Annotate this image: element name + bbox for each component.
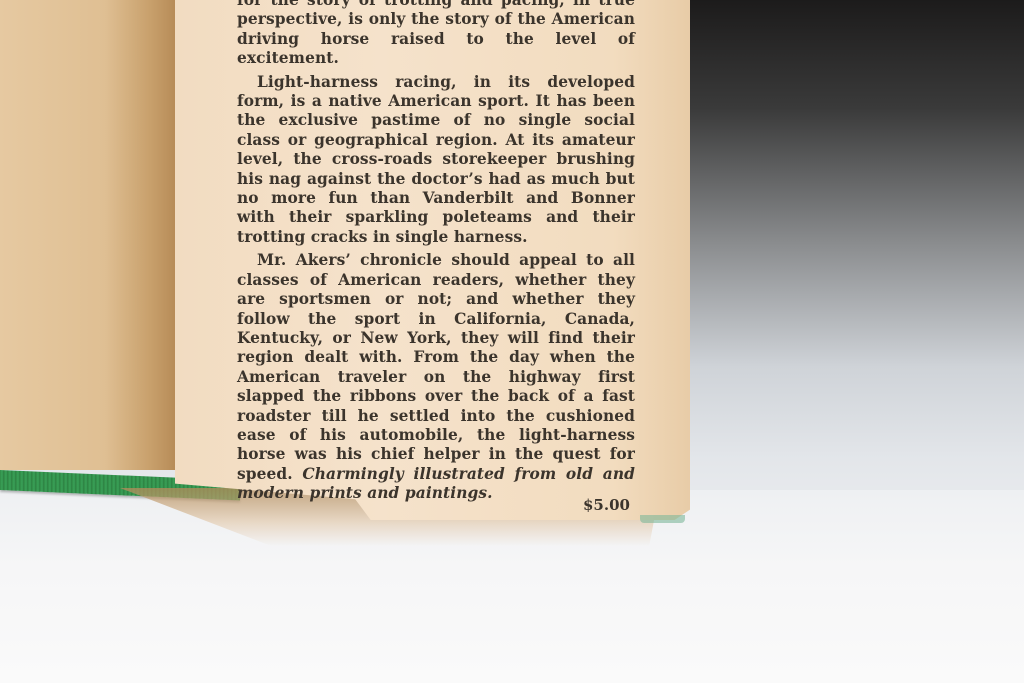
flap-cloth-corner: [640, 515, 685, 523]
flap-blurb: for the story of trotting and pacing, in…: [237, 0, 635, 504]
blurb-paragraph-1: for the story of trotting and pacing, in…: [237, 0, 635, 69]
blurb-paragraph-3-body: Mr. Akers’ chronicle should appeal to al…: [237, 251, 635, 482]
blurb-paragraph-2: Light-harness racing, in its developed f…: [237, 73, 635, 248]
illustration-note: Charmingly illustrated from old and mode…: [237, 465, 635, 502]
blurb-paragraph-3: Mr. Akers’ chronicle should appeal to al…: [237, 251, 635, 503]
book-inner-board: [0, 0, 175, 470]
price-label: $5.00: [583, 496, 630, 514]
